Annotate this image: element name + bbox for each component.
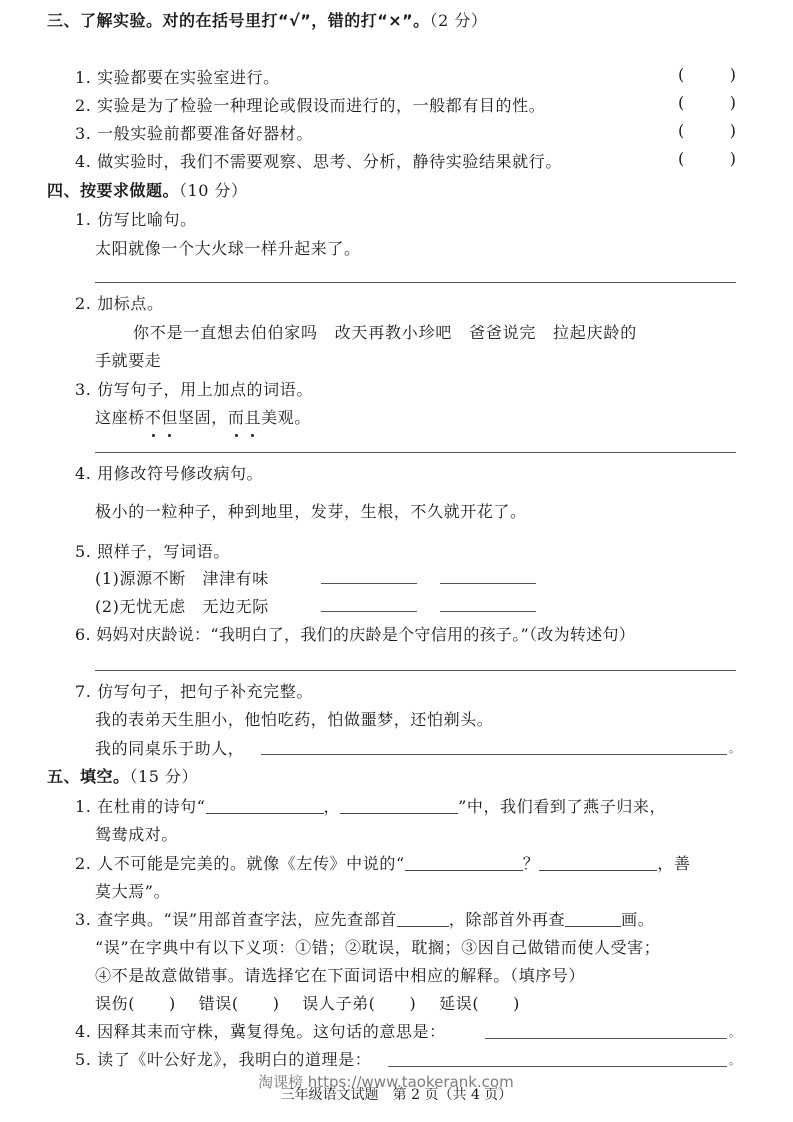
section-4-title: 四、按要求做题。 xyxy=(47,181,179,200)
q4-5-row2: (2)无忧无虑 无边无际 xyxy=(95,594,269,617)
q4-1-prompt: 1. 仿写比喻句。 xyxy=(75,207,197,230)
q4-1-answer-line[interactable] xyxy=(95,282,736,283)
q5-3-line1: 3. 查字典。“误”用部首查字法，应先查部首，除部首外再查画。 xyxy=(75,907,654,930)
q5-3-line3: ④不是故意做错事。请选择它在下面词语中相应的解释。（填序号） xyxy=(95,963,585,986)
q5-1-line1: 1. 在杜甫的诗句“，”中，我们看到了燕子归来， xyxy=(75,794,666,817)
q4-2-prompt: 2. 加标点。 xyxy=(75,291,164,314)
q4-7-start: 我的同桌乐于助人， xyxy=(95,736,244,759)
q4-7-answer-line[interactable] xyxy=(261,754,727,755)
q4-3-prompt: 3. 仿写句子，用上加点的词语。 xyxy=(75,377,313,400)
q5-3-words: 误伤() 错误() 误人子弟() 延误() xyxy=(95,991,520,1014)
q5-2-line2: 莫大焉”。 xyxy=(95,879,170,902)
q4-4-sentence: 极小的一粒种子，种到地里，发芽，生根，不久就开花了。 xyxy=(95,499,527,522)
q4-2-passage-line1: 你不是一直想去伯伯家吗 改天再教小珍吧 爸爸说完 拉起庆龄的 xyxy=(133,320,637,343)
q5-2-blank-a[interactable] xyxy=(405,870,523,871)
q4-5-prompt: 5. 照样子，写词语。 xyxy=(75,539,230,562)
answer-paren-2[interactable]: () xyxy=(678,93,736,112)
q5-1-blank-b[interactable] xyxy=(340,813,458,814)
q5-3-radical-blank[interactable] xyxy=(397,926,449,927)
judge-item-4: 4. 做实验时，我们不需要观察、思考、分析，静待实验结果就行。 xyxy=(75,149,562,172)
emphasis-dot-char: 但 xyxy=(161,405,178,428)
q5-1-line2: 鸳鸯成对。 xyxy=(95,822,178,845)
q5-1-blank-a[interactable] xyxy=(206,813,324,814)
q5-3-stroke-blank[interactable] xyxy=(565,926,621,927)
section-3-score: （2 分） xyxy=(430,11,488,30)
q5-4-text: 4. 因释其耒而守株，冀复得兔。这句话的意思是： xyxy=(75,1019,446,1042)
q4-5-blank-1b[interactable] xyxy=(440,583,536,584)
q4-3-example: 这座桥不但坚固，而且美观。 xyxy=(95,405,311,428)
q4-7-period: 。 xyxy=(729,740,741,756)
judge-item-1: 1. 实验都要在实验室进行。 xyxy=(75,65,280,88)
answer-paren-3[interactable]: () xyxy=(678,121,736,140)
q5-4-answer-line[interactable] xyxy=(485,1038,727,1039)
q4-5-blank-1a[interactable] xyxy=(321,583,417,584)
judge-item-3: 3. 一般实验前都要准备好器材。 xyxy=(75,121,313,144)
exam-page: 三、了解实验。对的在括号里打“√”，错的打“×”。（2 分） 1. 实验都要在实… xyxy=(0,0,793,1122)
emphasis-dot-char: 不 xyxy=(145,405,162,428)
section-3-heading: 三、了解实验。对的在括号里打“√”，错的打“×”。（2 分） xyxy=(47,8,487,31)
section-3-title: 三、了解实验。对的在括号里打“√”，错的打“×”。 xyxy=(47,11,430,30)
q4-4-prompt: 4. 用修改符号修改病句。 xyxy=(75,461,263,484)
q4-5-row1: (1)源源不断 津津有味 xyxy=(95,566,269,589)
emphasis-dot-char: 且 xyxy=(244,405,261,428)
answer-paren-4[interactable]: () xyxy=(678,149,736,168)
q4-5-blank-2b[interactable] xyxy=(440,611,536,612)
q5-5-text: 5. 读了《叶公好龙》，我明白的道理是： xyxy=(75,1047,371,1070)
q4-6-prompt: 6. 妈妈对庆龄说：“我明白了，我们的庆龄是个守信用的孩子。”（改为转述句） xyxy=(75,622,635,645)
emphasis-dot-char: 而 xyxy=(228,405,245,428)
q4-7-example: 我的表弟天生胆小，他怕吃药，怕做噩梦，还怕剃头。 xyxy=(95,707,493,730)
q4-6-answer-line[interactable] xyxy=(95,670,736,671)
judge-item-2: 2. 实验是为了检验一种理论或假设而进行的，一般都有目的性。 xyxy=(75,93,545,116)
answer-paren-1[interactable]: () xyxy=(678,65,736,84)
q5-5-period: 。 xyxy=(729,1052,741,1068)
q5-2-blank-b[interactable] xyxy=(539,870,657,871)
section-4-score: （10 分） xyxy=(179,181,247,200)
q4-3-answer-line[interactable] xyxy=(95,452,736,453)
q4-1-example: 太阳就像一个大火球一样升起来了。 xyxy=(95,236,361,259)
q4-2-passage-line2: 手就要走 xyxy=(95,348,161,371)
section-5-title: 五、填空。 xyxy=(47,767,130,786)
q4-5-blank-2a[interactable] xyxy=(321,611,417,612)
q5-5-answer-line[interactable] xyxy=(388,1066,727,1067)
section-4-heading: 四、按要求做题。（10 分） xyxy=(47,178,247,201)
q5-2-line1: 2. 人不可能是完美的。就像《左传》中说的“？，善 xyxy=(75,851,691,874)
section-5-score: （15 分） xyxy=(130,767,198,786)
q4-7-prompt: 7. 仿写句子，把句子补充完整。 xyxy=(75,679,313,702)
q5-3-line2: “误”在字典中有以下义项：①错；②耽误，耽搁；③因自己做错而使人受害； xyxy=(95,935,660,958)
q5-4-period: 。 xyxy=(729,1024,741,1040)
page-footer: 三年级语文试题 第 2 页（共 4 页） xyxy=(0,1084,793,1104)
section-5-heading: 五、填空。（15 分） xyxy=(47,764,198,787)
